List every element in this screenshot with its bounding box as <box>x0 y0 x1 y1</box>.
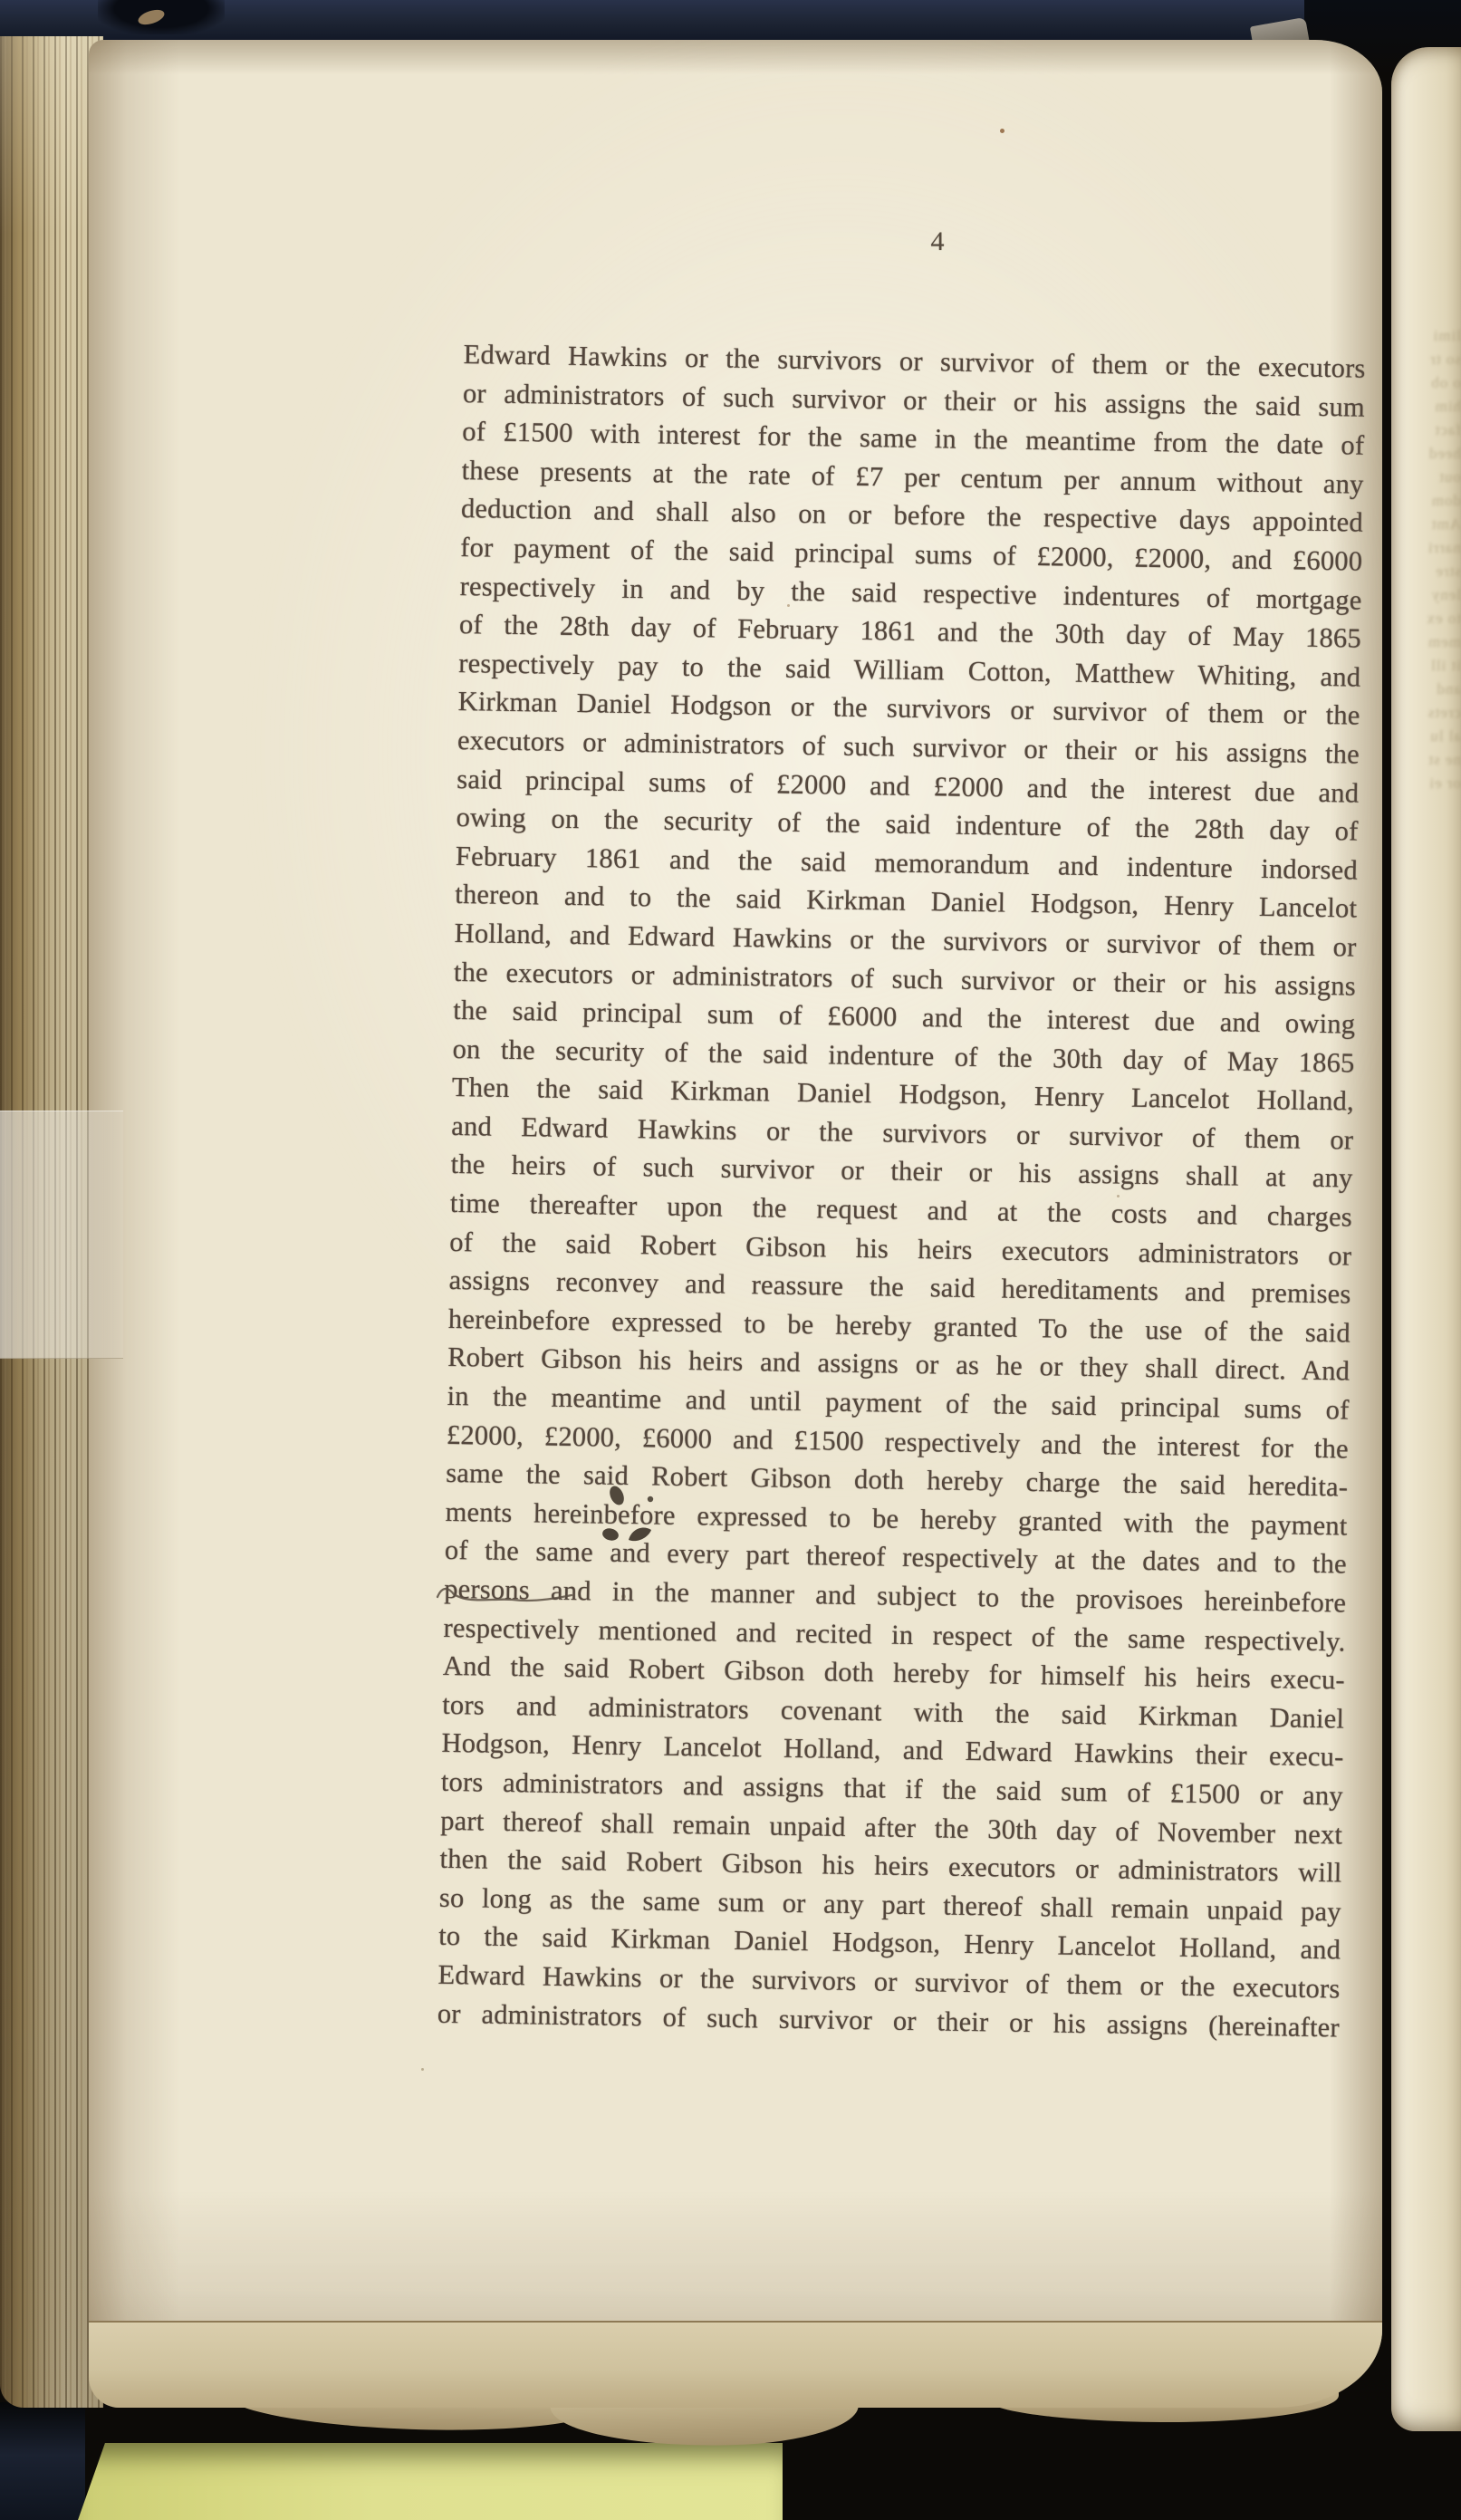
book-cover-bottom-left <box>0 2402 85 2520</box>
text-lines: Edward Hawkins or the survivors or survi… <box>437 335 1366 2047</box>
show-through-text-column: limiso tro obhimfactheedoutdomAmtnarrist… <box>1391 47 1461 795</box>
page-text: Edward Hawkins or the survivors or survi… <box>437 335 1366 2047</box>
show-through-text: and <box>1400 678 1461 701</box>
show-through-text: him <box>1400 395 1461 418</box>
tissue-marker <box>0 1111 123 1359</box>
book-cover-top <box>0 0 1461 42</box>
book-photograph: limiso tro obhimfactheedoutdomAmtnarrist… <box>0 0 1461 2520</box>
foxing-specks <box>1000 129 1004 133</box>
show-through-text: ne st <box>1400 748 1461 772</box>
show-through-text: out <box>1400 466 1461 489</box>
show-through-text: heed <box>1400 442 1461 466</box>
page-number: 4 <box>485 226 1390 257</box>
show-through-text: to ex <box>1400 607 1461 630</box>
show-through-text: it ill <box>1400 654 1461 678</box>
show-through-text: o ob <box>1400 371 1461 395</box>
show-through-text: or ei <box>1400 772 1461 795</box>
adjacent-page-edge: limiso tro obhimfactheedoutdomAmtnarrist… <box>1391 47 1461 2431</box>
show-through-text: mem <box>1400 630 1461 654</box>
show-through-text: stre <box>1400 560 1461 583</box>
show-through-text: leny <box>1400 583 1461 607</box>
book-page: 4 Edward Hawkins or the survivors or sur… <box>89 40 1382 2408</box>
yellow-sheet <box>78 2443 783 2520</box>
show-through-text: so tr <box>1400 348 1461 371</box>
show-through-text: crets <box>1400 701 1461 725</box>
show-through-text: dom <box>1400 489 1461 513</box>
show-through-text: limi <box>1400 324 1461 348</box>
show-through-text: al lu <box>1400 725 1461 748</box>
show-through-text: fact <box>1400 418 1461 442</box>
show-through-text: narri <box>1400 536 1461 560</box>
page-bottom-fold <box>89 2321 1382 2408</box>
show-through-text: Amt <box>1400 513 1461 536</box>
